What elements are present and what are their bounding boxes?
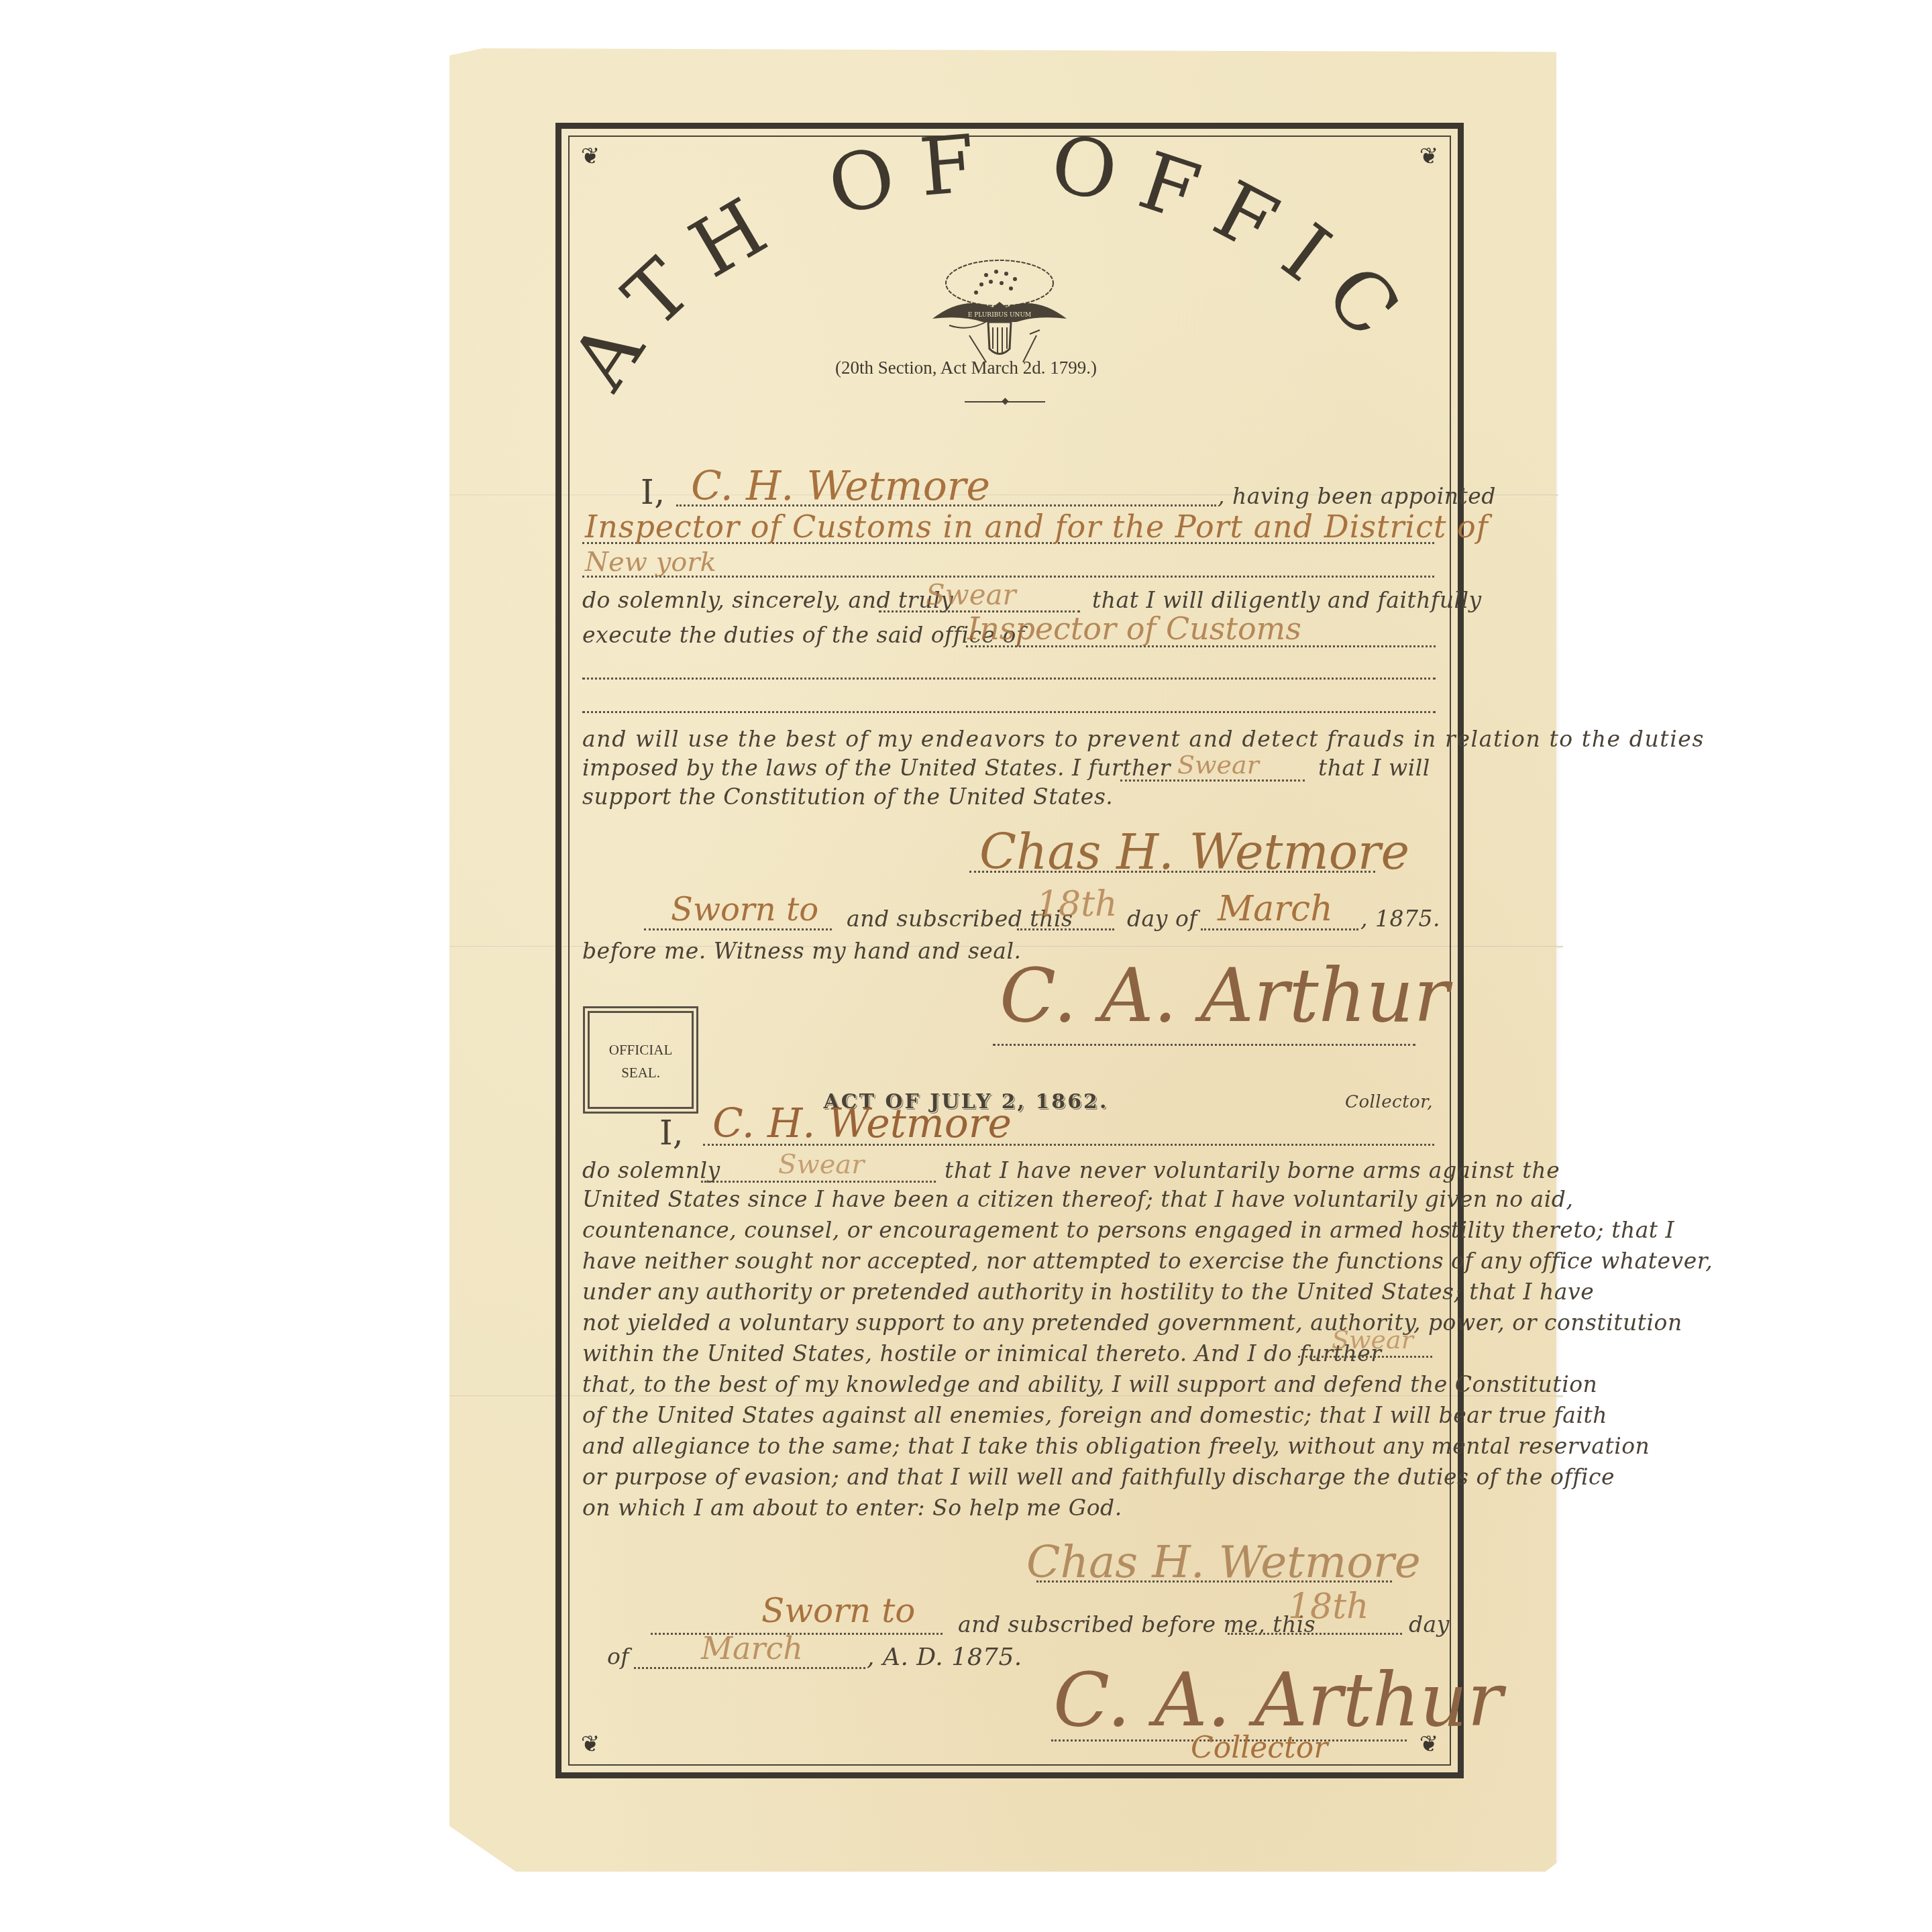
oath-verb-line: [701, 1181, 936, 1183]
eagle-emblem-icon: E PLURIBUS UNUM: [929, 255, 1070, 369]
body-line: countenance, counsel, or encouragement t…: [582, 1217, 1674, 1243]
appointed-text: , having been appointed: [1218, 483, 1496, 509]
pronoun-i: I,: [659, 1114, 684, 1152]
day-field[interactable]: 18th: [1288, 1587, 1369, 1627]
further-verb-field[interactable]: Swear: [1177, 750, 1259, 780]
oath-taker-signature: Chas H. Wetmore: [1026, 1536, 1421, 1588]
further-suffix: that I will: [1318, 755, 1430, 781]
collector-signature: C. A. Arthur: [1053, 1657, 1503, 1743]
oath-taker-signature: Chas H. Wetmore: [979, 824, 1409, 880]
office-prefix: execute the duties of the said office of: [582, 622, 1025, 648]
day-field[interactable]: 18th: [1036, 884, 1118, 924]
body-line: within the United States, hostile or ini…: [582, 1340, 1382, 1366]
further-verb-line: [1298, 1356, 1432, 1358]
svg-text:E PLURIBUS UNUM: E PLURIBUS UNUM: [968, 312, 1031, 319]
month-field[interactable]: March: [1218, 889, 1333, 929]
diamond-ornament-icon: ◆: [1002, 396, 1009, 407]
body-line: United States since I have been a citize…: [582, 1186, 1573, 1212]
day-of-text: day of: [1127, 906, 1197, 932]
name-field[interactable]: C. H. Wetmore: [691, 463, 990, 510]
year-text: , 1875.: [1360, 906, 1440, 932]
pronoun-i: I,: [641, 473, 665, 512]
svg-text:OATH OF OFFICE.: OATH OF OFFICE.: [0, 0, 1432, 405]
of-label: of: [607, 1644, 629, 1670]
location-field[interactable]: New york: [585, 547, 716, 578]
collector-signature-line: [993, 1044, 1415, 1046]
body-line: of the United States against all enemies…: [582, 1402, 1607, 1428]
year-text: , A. D. 1875.: [867, 1644, 1022, 1671]
further-verb-field[interactable]: Swear: [1332, 1325, 1413, 1354]
oath-prefix: do solemnly, sincerely, and truly: [582, 587, 953, 613]
body-line: that, to the best of my knowledge and ab…: [582, 1371, 1597, 1397]
corner-ornament-icon: ❦: [567, 1721, 614, 1768]
oath-suffix: that I will diligently and faithfully: [1092, 587, 1482, 613]
blank-line: [582, 711, 1436, 713]
body-line: not yielded a voluntary support to any p…: [582, 1309, 1682, 1336]
body-line: imposed by the laws of the United States…: [582, 755, 1171, 781]
sworn-field[interactable]: Sworn to: [761, 1591, 915, 1630]
sworn-field[interactable]: Sworn to: [671, 891, 818, 928]
appointment-field[interactable]: Inspector of Customs in and for the Port…: [585, 508, 1489, 545]
name-field[interactable]: C. H. Wetmore: [712, 1100, 1012, 1147]
day-line: [1017, 928, 1114, 930]
collector-label: Collector: [1191, 1731, 1328, 1765]
office-field[interactable]: Inspector of Customs: [967, 610, 1301, 647]
oath-verb-field[interactable]: Swear: [926, 578, 1016, 611]
body-line: and allegiance to the same; that I take …: [582, 1433, 1650, 1459]
body-line: or purpose of evasion; and that I will w…: [582, 1464, 1615, 1490]
oath-prefix: do solemnly: [582, 1157, 720, 1183]
witness-text: before me. Witness my hand and seal.: [582, 938, 1022, 964]
sworn-line: [644, 928, 832, 930]
day-line: [1228, 1633, 1402, 1635]
further-verb-line: [1120, 780, 1305, 782]
page-title: OATH OF OFFICE.: [0, 0, 1932, 470]
body-line: on which I am about to enter: So help me…: [582, 1495, 1122, 1521]
body-line: have neither sought nor accepted, nor at…: [582, 1248, 1713, 1274]
seal-line-1: OFFICIAL: [590, 1038, 692, 1061]
oath-suffix: that I have never voluntarily borne arms…: [945, 1157, 1560, 1183]
collector-signature: C. A. Arthur: [1000, 953, 1449, 1038]
subtitle: (20th Section, Act March 2d. 1799.): [0, 358, 1932, 378]
month-line: [634, 1667, 865, 1669]
seal-line-2: SEAL.: [590, 1061, 692, 1084]
month-field[interactable]: March: [701, 1630, 803, 1666]
body-line: and will use the best of my endeavors to…: [582, 726, 1705, 752]
blank-line: [582, 678, 1436, 680]
body-line: under any authority or pretended authori…: [582, 1279, 1594, 1305]
body-line: support the Constitution of the United S…: [582, 784, 1113, 810]
oath-verb-field[interactable]: Swear: [778, 1149, 864, 1180]
day-label: day: [1409, 1611, 1450, 1638]
